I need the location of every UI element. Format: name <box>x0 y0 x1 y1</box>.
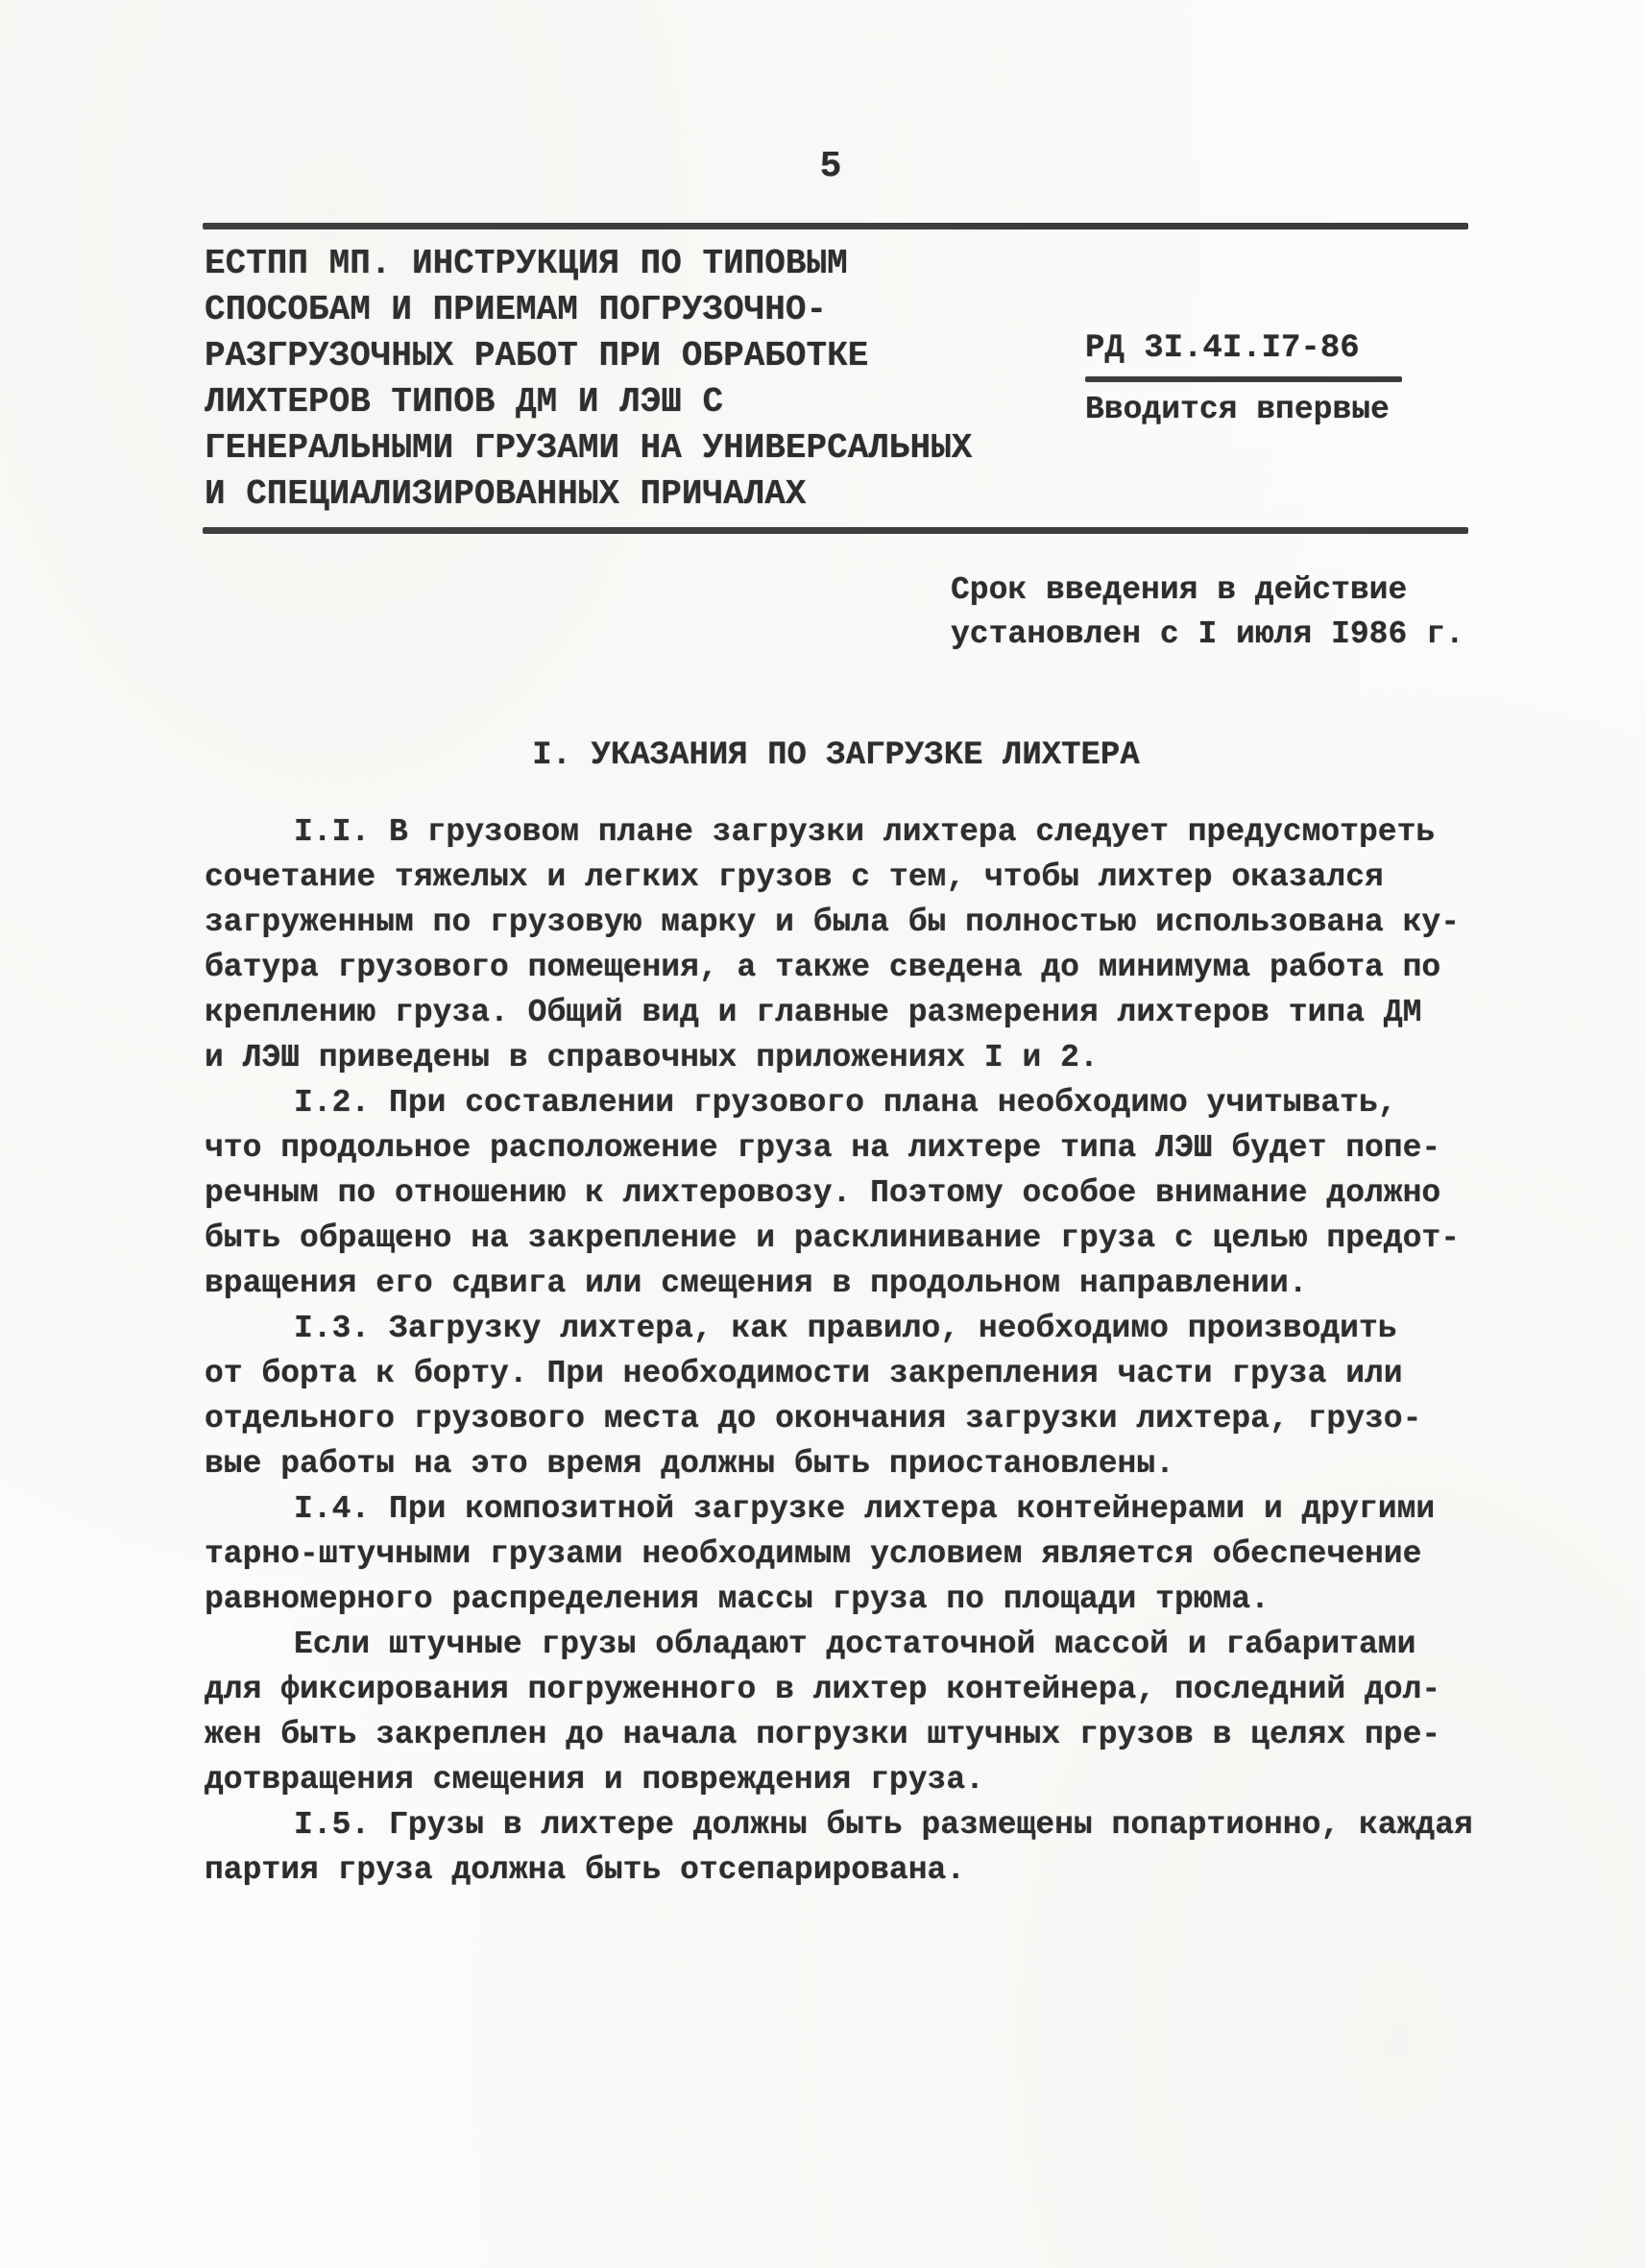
body-line: партия груза должна быть отсепарирована. <box>205 1847 1482 1893</box>
body-line: I.I. В грузовом плане загрузки лихтера с… <box>205 809 1482 855</box>
document-status: Вводится впервые <box>1085 390 1431 430</box>
body-line: речным по отношению к лихтеровозу. Поэто… <box>205 1170 1482 1216</box>
body-line: I.3. Загрузку лихтера, как правило, необ… <box>205 1306 1482 1351</box>
body-line: вращения его сдвига или смещения в продо… <box>205 1261 1482 1306</box>
section-heading: I. УКАЗАНИЯ ПО ЗАГРУЗКЕ ЛИХТЕРА <box>205 737 1467 774</box>
body-line: I.4. При композитной загрузке лихтера ко… <box>205 1486 1482 1532</box>
body-line: I.2. При составлении грузового плана нео… <box>205 1080 1482 1125</box>
body-line: Если штучные грузы обладают достаточной … <box>205 1622 1482 1667</box>
body-line: и ЛЭШ приведены в справочных приложениях… <box>205 1035 1482 1080</box>
body-line: I.5. Грузы в лихтере должны быть размеще… <box>205 1802 1482 1847</box>
body-line: быть обращено на закрепление и расклинив… <box>205 1216 1482 1261</box>
body-line: для фиксирования погруженного в лихтер к… <box>205 1667 1482 1712</box>
document-number-underline <box>1085 376 1402 382</box>
body-line: вые работы на это время должны быть прио… <box>205 1441 1482 1486</box>
body-line: тарно-штучными грузами необходимым услов… <box>205 1532 1482 1577</box>
document-title-line: ЕСТПП МП. ИНСТРУКЦИЯ ПО ТИПОВЫМ <box>205 241 1050 287</box>
document-title-line: ГЕНЕРАЛЬНЫМИ ГРУЗАМИ НА УНИВЕРСАЛЬНЫХ <box>205 425 1050 471</box>
body-line: отдельного грузового места до окончания … <box>205 1396 1482 1441</box>
body-line: что продольное расположение груза на лих… <box>205 1125 1482 1170</box>
document-designation: РД 3I.4I.I7-86 Вводится впервые <box>1085 328 1431 430</box>
body-line: сочетание тяжелых и легких грузов с тем,… <box>205 855 1482 900</box>
body-line: равномерного распределения массы груза п… <box>205 1577 1482 1622</box>
body-line: от борта к борту. При необходимости закр… <box>205 1351 1482 1396</box>
document-title-line: И СПЕЦИАЛИЗИРОВАННЫХ ПРИЧАЛАХ <box>205 471 1050 518</box>
document-title: ЕСТПП МП. ИНСТРУКЦИЯ ПО ТИПОВЫМ СПОСОБАМ… <box>205 241 1050 518</box>
effective-date-block: Срок введения в действие установлен с I … <box>951 568 1527 657</box>
horizontal-rule-top <box>203 223 1468 229</box>
document-number: РД 3I.4I.I7-86 <box>1085 328 1431 369</box>
body-line: загруженным по грузовую марку и была бы … <box>205 900 1482 945</box>
effective-date-line: установлен с I июля I986 г. <box>951 613 1527 657</box>
document-title-line: СПОСОБАМ И ПРИЕМАМ ПОГРУЗОЧНО- <box>205 287 1050 333</box>
page-number: 5 <box>759 146 903 187</box>
body-line: батура грузового помещения, а также свед… <box>205 945 1482 990</box>
horizontal-rule-middle <box>203 527 1468 534</box>
body-line: дотвращения смещения и повреждения груза… <box>205 1757 1482 1802</box>
body-text: I.I. В грузовом плане загрузки лихтера с… <box>205 809 1482 1893</box>
body-line: жен быть закреплен до начала погрузки шт… <box>205 1712 1482 1757</box>
body-line: креплению груза. Общий вид и главные раз… <box>205 990 1482 1035</box>
document-title-line: ЛИХТЕРОВ ТИПОВ ДМ И ЛЭШ С <box>205 379 1050 425</box>
effective-date-line: Срок введения в действие <box>951 568 1527 613</box>
scanned-document-page: 5 ЕСТПП МП. ИНСТРУКЦИЯ ПО ТИПОВЫМ СПОСОБ… <box>0 0 1645 2268</box>
document-title-line: РАЗГРУЗОЧНЫХ РАБОТ ПРИ ОБРАБОТКЕ <box>205 333 1050 379</box>
